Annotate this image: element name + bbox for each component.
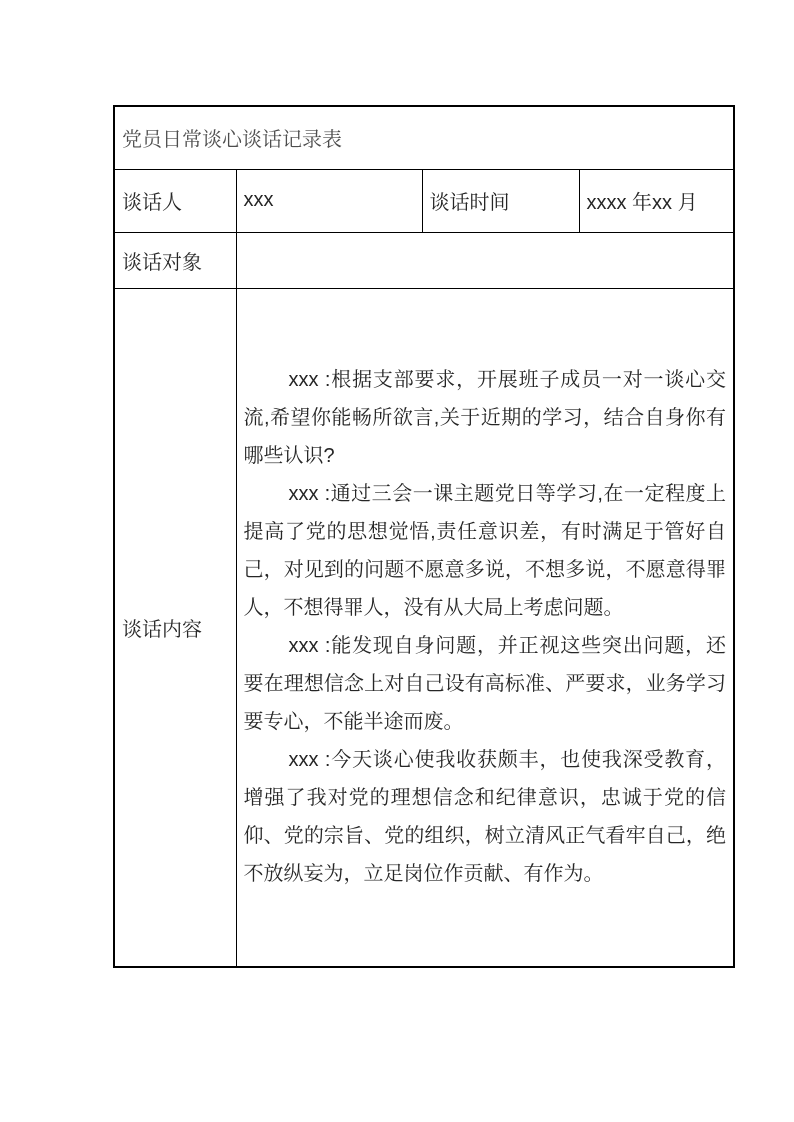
interviewer-label: 谈话人	[114, 169, 236, 232]
title-row: 党员日常谈心谈话记录表	[114, 106, 734, 169]
conversation-content: xxx :根据支部要求，开展班子成员一对一谈心交流,希望你能畅所欲言,关于近期的…	[236, 288, 734, 967]
target-label: 谈话对象	[114, 232, 236, 288]
time-value: xxxx 年xx 月	[579, 169, 734, 232]
content-paragraph-4: xxx :今天谈心使我收获颇丰，也使我深受教育，增强了我对党的理想信念和纪律意识…	[244, 741, 727, 893]
time-label: 谈话时间	[422, 169, 579, 232]
interviewer-value: xxx	[236, 169, 422, 232]
interviewer-time-row: 谈话人 xxx 谈话时间 xxxx 年xx 月	[114, 169, 734, 232]
content-row: 谈话内容 xxx :根据支部要求，开展班子成员一对一谈心交流,希望你能畅所欲言,…	[114, 288, 734, 967]
content-label: 谈话内容	[114, 288, 236, 967]
content-paragraph-2: xxx :通过三会一课主题党日等学习,在一定程度上提高了党的思想觉悟,责任意识差…	[244, 475, 727, 627]
target-row: 谈话对象	[114, 232, 734, 288]
content-paragraph-1: xxx :根据支部要求，开展班子成员一对一谈心交流,希望你能畅所欲言,关于近期的…	[244, 361, 727, 475]
content-paragraph-3: xxx :能发现自身问题，并正视这些突出问题，还要在理想信念上对自己设有高标准、…	[244, 627, 727, 741]
target-value	[236, 232, 734, 288]
record-table: 党员日常谈心谈话记录表 谈话人 xxx 谈话时间 xxxx 年xx 月 谈话对象…	[113, 105, 735, 968]
document-page: 党员日常谈心谈话记录表 谈话人 xxx 谈话时间 xxxx 年xx 月 谈话对象…	[0, 0, 794, 1122]
table-title: 党员日常谈心谈话记录表	[114, 106, 734, 169]
